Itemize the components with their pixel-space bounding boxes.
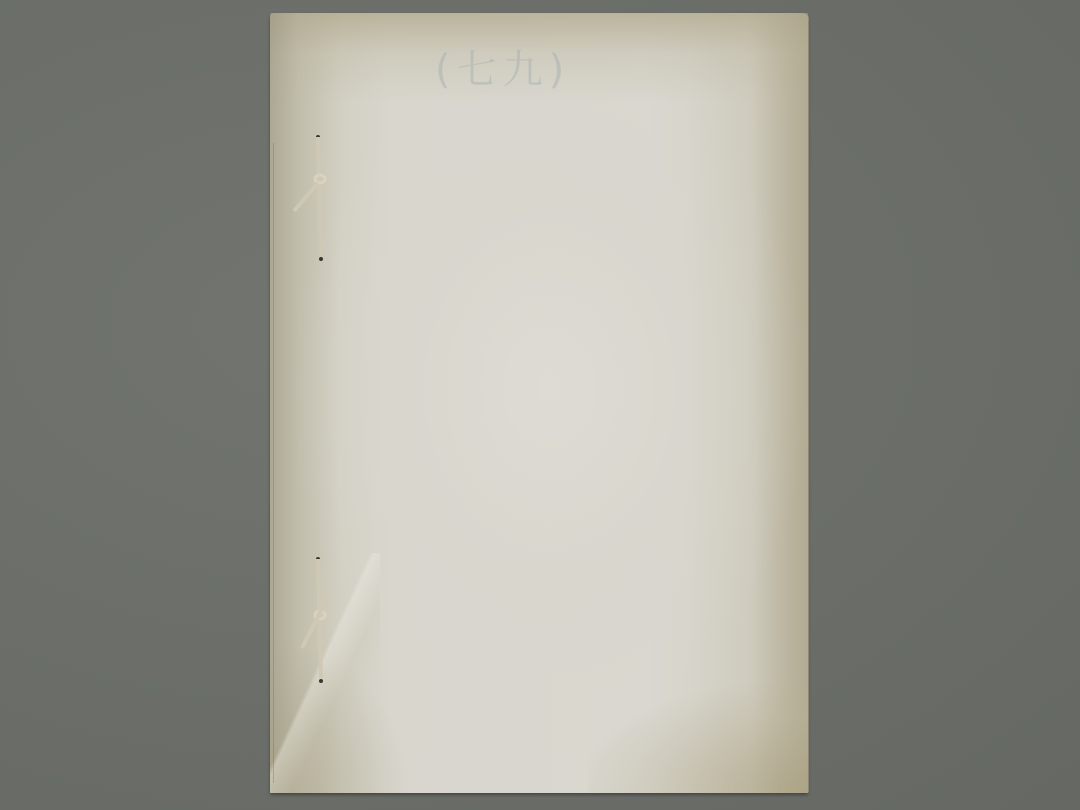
lower-binding-tie-icon <box>288 553 328 693</box>
bottom-right-stain <box>588 683 808 793</box>
page-edge-line <box>273 143 274 783</box>
upper-binding-tie-icon <box>288 131 328 271</box>
right-edge-stain <box>688 13 808 793</box>
booklet-cover: (七九) <box>270 13 808 793</box>
pencil-mark: (七九) <box>435 38 570 95</box>
